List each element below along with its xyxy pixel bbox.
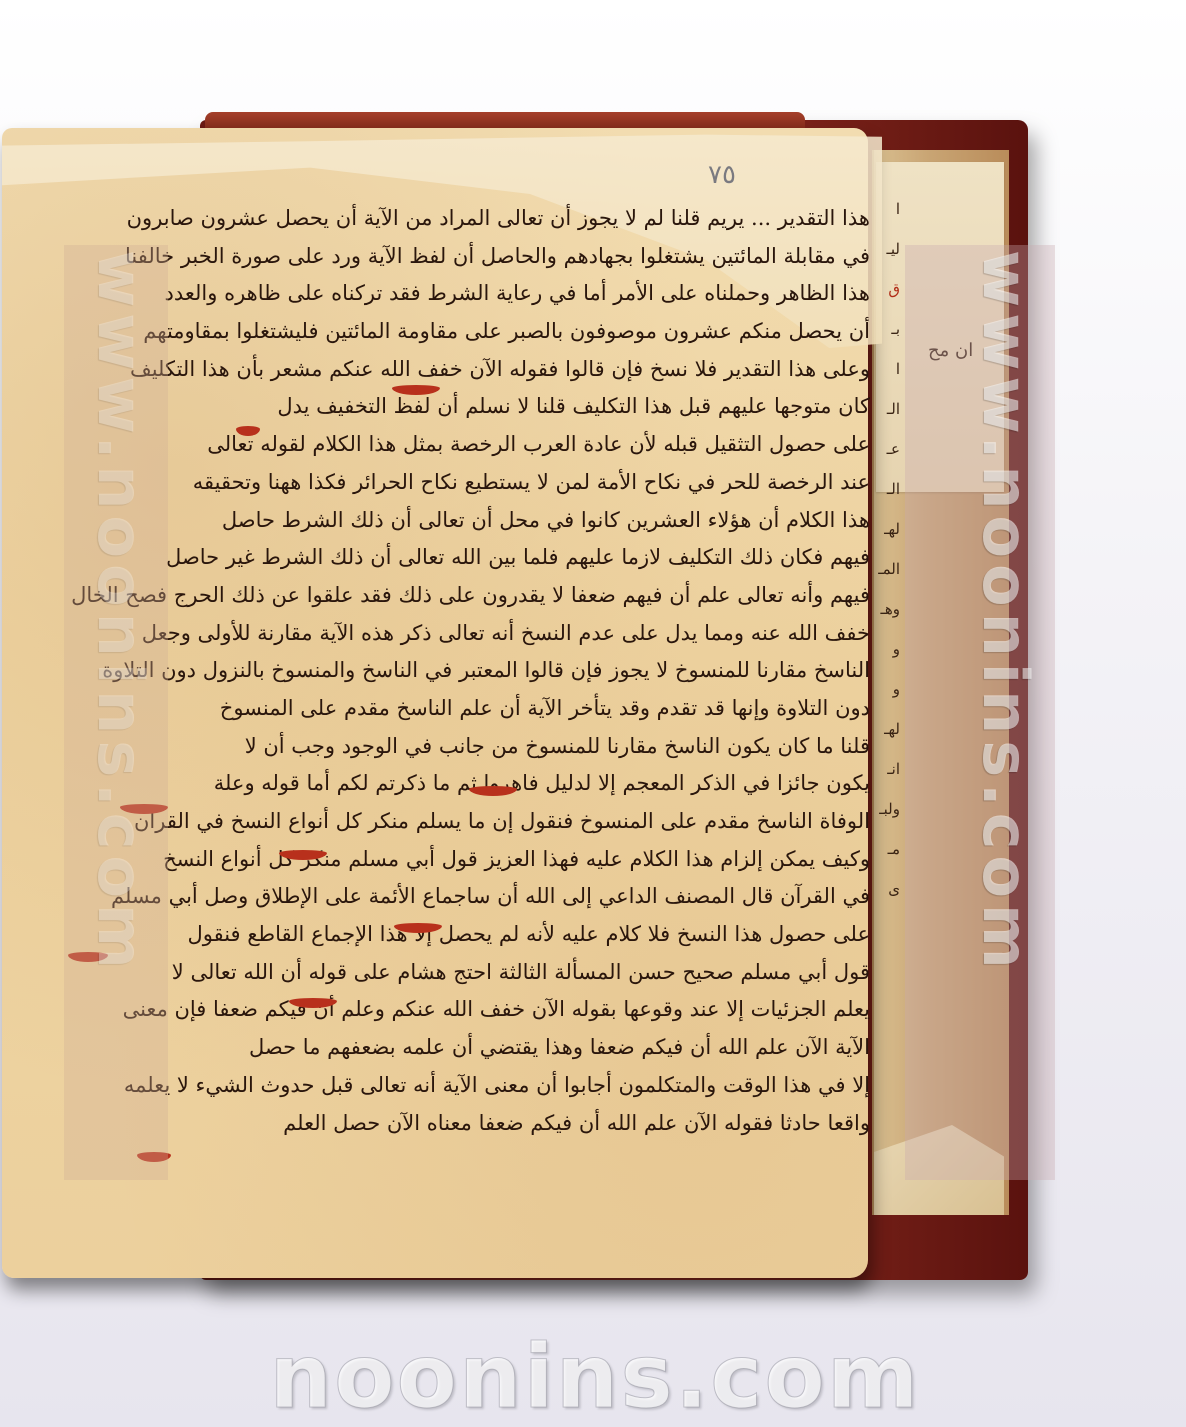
text-line: فيهم فكان ذلك التكليف لازما عليهم فلما ب…: [70, 539, 870, 577]
text-line: يكون جائزا في الذكر المعجم إلا لدليل فاه…: [70, 765, 870, 803]
folio-number: ٧٥: [708, 160, 736, 190]
text-line: يعلم الجزئيات إلا عند وقوعها بقوله الآن …: [70, 991, 870, 1029]
edge-letter: لهـ: [878, 720, 900, 738]
text-line: قلنا ما كان يكون الناسخ مقارنا للمنسوخ م…: [70, 728, 870, 766]
edge-letter: لهـ: [878, 520, 900, 538]
manuscript-photo: ا ليـ ق بـ ا الـ عـ الـ لهـ المـ وهـ و و…: [0, 0, 1186, 1427]
edge-letter: انـ: [878, 760, 900, 778]
text-line: خفف الله عنه ومما يدل على عدم النسخ أنه …: [70, 615, 870, 653]
edge-letter: و: [878, 680, 900, 698]
edge-letter: و: [878, 640, 900, 658]
edge-letter: ولبـ: [878, 800, 900, 818]
watermark-vertical-right: www.noonins.com: [960, 250, 1050, 1185]
text-line: على حصول هذا النسخ فلا كلام عليه لأنه لم…: [70, 916, 870, 954]
edge-letter: مـ: [878, 840, 900, 858]
text-line: هذا التقدير ... يريم قلنا لم لا يجوز أن …: [70, 200, 870, 238]
text-line: الناسخ مقارنا للمنسوخ لا يجوز فإن قالوا …: [70, 652, 870, 690]
text-line: كان متوجها عليهم قبل هذا التكليف قلنا لا…: [70, 388, 870, 426]
text-line: واقعا حادثا فقوله الآن علم الله أن فيكم …: [70, 1105, 870, 1143]
text-line: الآية الآن علم الله أن فيكم ضعفا وهذا يق…: [70, 1029, 870, 1067]
text-line: قول أبي مسلم صحيح حسن المسألة الثالثة اح…: [70, 954, 870, 992]
text-line: عند الرخصة للحر في نكاح الأمة لمن لا يست…: [70, 464, 870, 502]
watermark-vertical-left: www.noonins.com: [75, 250, 165, 1185]
text-line: فيهم وأنه تعالى علم أن فيهم ضعفا لا يقدر…: [70, 577, 870, 615]
text-line: على حصول التثقيل قبله لأن عادة العرب الر…: [70, 426, 870, 464]
edge-letter: الـ: [878, 480, 900, 498]
text-line: دون التلاوة وإنها قد تقدم وقد يتأخر الآي…: [70, 690, 870, 728]
edge-letter: عـ: [878, 440, 900, 458]
manuscript-text: هذا التقدير ... يريم قلنا لم لا يجوز أن …: [70, 200, 870, 1142]
watermark-bottom: noonins.com: [245, 1325, 945, 1427]
edge-letter: وهـ: [878, 600, 900, 618]
text-line: أن يحصل منكم عشرون موصوفون بالصبر على مق…: [70, 313, 870, 351]
text-line: هذا الظاهر وحملناه على الأمر أما في رعاي…: [70, 275, 870, 313]
text-line: وعلى هذا التقدير فلا نسخ فإن قالوا فقوله…: [70, 351, 870, 389]
edge-letter: الـ: [878, 400, 900, 418]
edge-letter: ا: [878, 360, 900, 378]
edge-letter: ى: [878, 880, 900, 898]
text-line: في مقابلة المائتين يشتغلوا بجهادهم والحا…: [70, 238, 870, 276]
text-line: الوفاة الناسخ مقدم على المنسوخ فنقول إن …: [70, 803, 870, 841]
text-line: في القرآن قال المصنف الداعي إلى الله أن …: [70, 878, 870, 916]
edge-letter: المـ: [878, 560, 900, 578]
text-line: إلا في هذا الوقت والمتكلمون أجابوا أن مع…: [70, 1067, 870, 1105]
text-line: هذا الكلام أن هؤلاء العشرين كانوا في محل…: [70, 502, 870, 540]
text-line: وكيف يمكن إلزام هذا الكلام عليه فهذا الع…: [70, 841, 870, 879]
